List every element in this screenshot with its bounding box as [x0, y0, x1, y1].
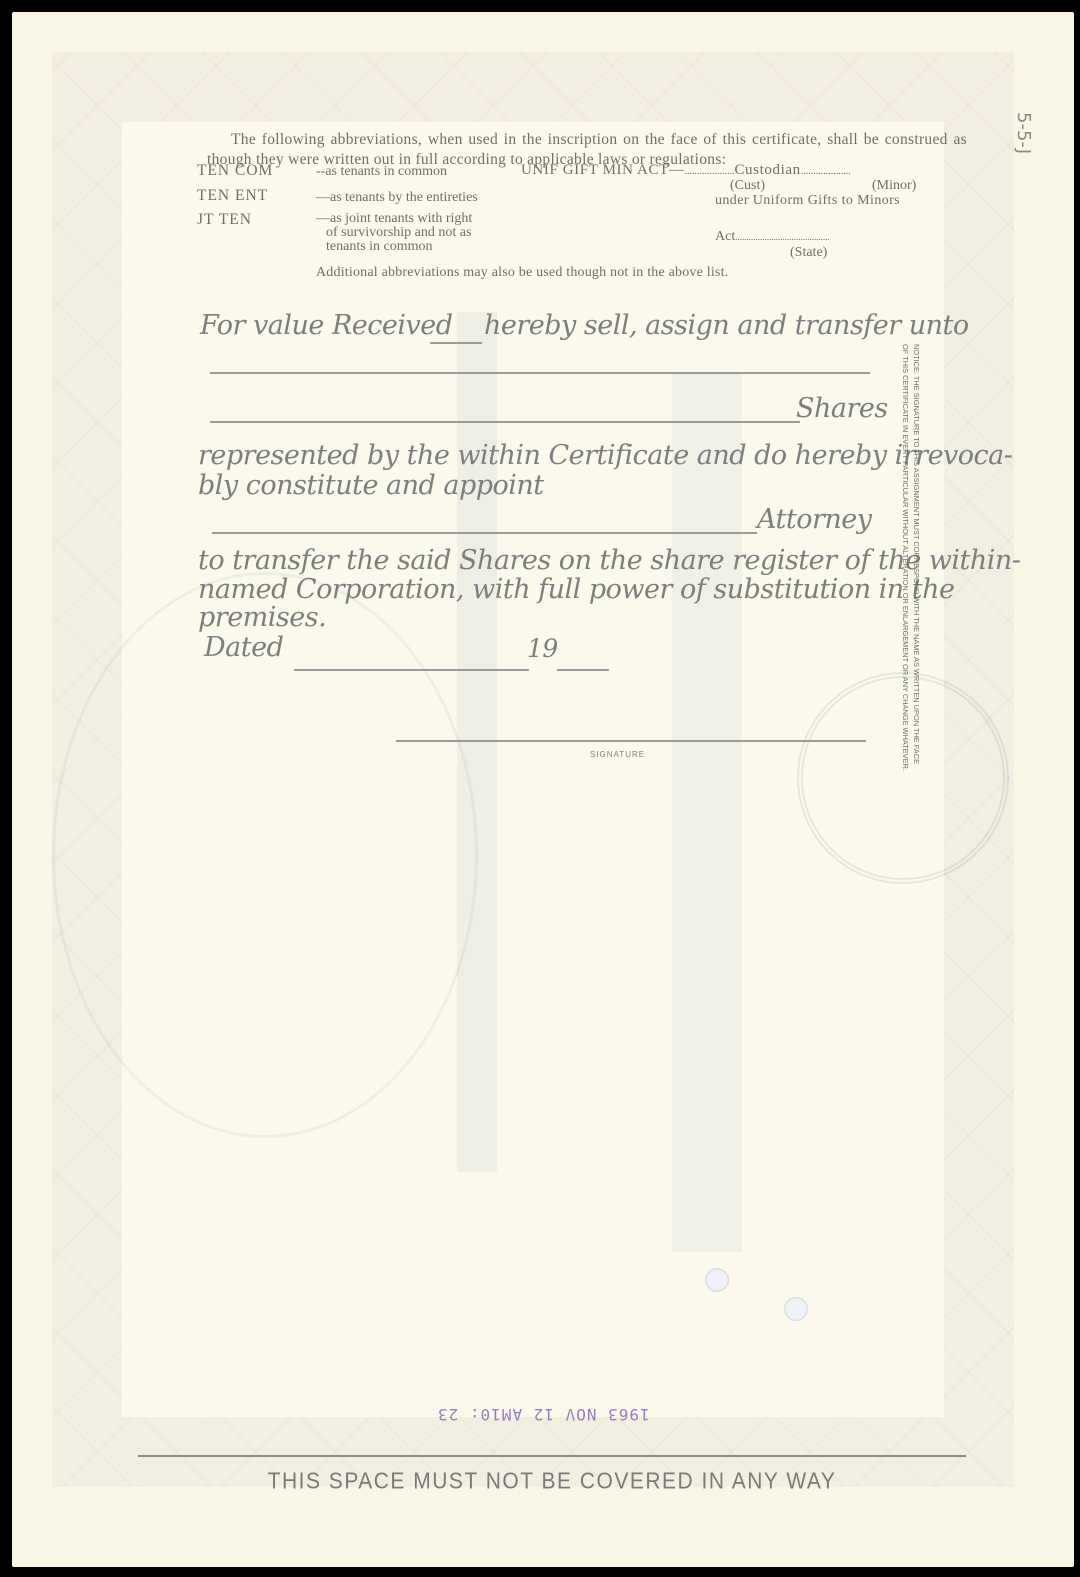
pencil-annotation: 5-5-J — [1013, 112, 1034, 154]
unif-gift-line: UNIF GIFT MIN ACT—....................Cu… — [521, 162, 851, 179]
custodian-label: Custodian — [734, 162, 800, 178]
transfer-line: to transfer the said Shares on the share… — [198, 545, 1020, 576]
abbr-meaning-multiline: —as joint tenants with right of survivor… — [316, 212, 472, 254]
abbr-code: TEN COM — [197, 162, 273, 179]
notice-line: OF THIS CERTIFICATE IN EVERY PARTICULAR … — [900, 344, 911, 814]
abbr-meaning: --as tenants in common — [316, 164, 447, 180]
signature-label: SIGNATURE — [590, 750, 645, 759]
abbr-ten-ent: TEN ENT — [197, 187, 268, 205]
abbr-meaning-line: —as joint tenants with right — [316, 212, 472, 226]
abbr-meaning: —as tenants by the entireties — [316, 190, 478, 206]
attorney-label: Attorney — [757, 504, 872, 535]
notice-line: NOTICE: THE SIGNATURE TO THIS ASSIGNMENT… — [911, 344, 922, 814]
state-field[interactable]: ........................................… — [735, 232, 830, 242]
cancellation-punch-hole — [705, 1268, 729, 1292]
abbr-code: TEN ENT — [197, 187, 268, 204]
abbr-code: JT TEN — [197, 211, 252, 228]
bottom-divider — [138, 1455, 966, 1457]
signature-line[interactable] — [396, 740, 866, 742]
state-label: (State) — [790, 245, 827, 261]
dated-label: Dated — [204, 632, 283, 663]
transfer-date-stamp: 1963 NOV 12 AM10: 23 — [437, 1405, 650, 1424]
for-value-received: For value Received — [200, 310, 453, 341]
signature-notice: NOTICE: THE SIGNATURE TO THIS ASSIGNMENT… — [900, 344, 922, 814]
premises-line: premises. — [198, 602, 326, 633]
assignee-line[interactable] — [210, 372, 870, 374]
value-blank-line[interactable] — [430, 342, 482, 344]
year-prefix: 19 — [527, 634, 558, 663]
cancellation-punch-hole — [784, 1297, 808, 1321]
do-not-cover-warning: THIS SPACE MUST NOT BE COVERED IN ANY WA… — [138, 1469, 966, 1496]
unif-gift-label: UNIF GIFT MIN ACT— — [521, 162, 684, 178]
cust-label: (Cust) — [730, 178, 765, 194]
constitute-appoint-line: bly constitute and appoint — [198, 470, 544, 501]
corporation-line: named Corporation, with full power of su… — [198, 574, 955, 605]
under-uniform-gifts: under Uniform Gifts to Minors — [715, 193, 900, 209]
act-label: Act — [715, 229, 735, 244]
attorney-line[interactable] — [212, 532, 757, 534]
sell-assign-transfer: hereby sell, assign and transfer unto — [484, 310, 969, 341]
additional-abbreviations-note: Additional abbreviations may also be use… — [316, 265, 728, 281]
minor-name-field[interactable]: .................... — [801, 166, 851, 177]
abbr-ten-com: TEN COM — [197, 162, 273, 180]
year-line[interactable] — [557, 669, 609, 671]
date-line[interactable] — [294, 669, 529, 671]
represented-line: represented by the within Certificate an… — [198, 440, 1012, 471]
certificate-paper: The following abbreviations, when used i… — [12, 12, 1074, 1567]
abbr-jt-ten: JT TEN — [197, 211, 252, 229]
minor-label: (Minor) — [872, 178, 916, 194]
custodian-name-field[interactable]: .................... — [684, 166, 734, 177]
abbr-meaning-line: of survivorship and not as — [316, 226, 472, 240]
shares-label: Shares — [796, 393, 888, 424]
abbr-meaning-line: tenants in common — [316, 240, 472, 254]
act-line: Act.....................................… — [715, 229, 830, 245]
shares-count-line[interactable] — [210, 421, 800, 423]
